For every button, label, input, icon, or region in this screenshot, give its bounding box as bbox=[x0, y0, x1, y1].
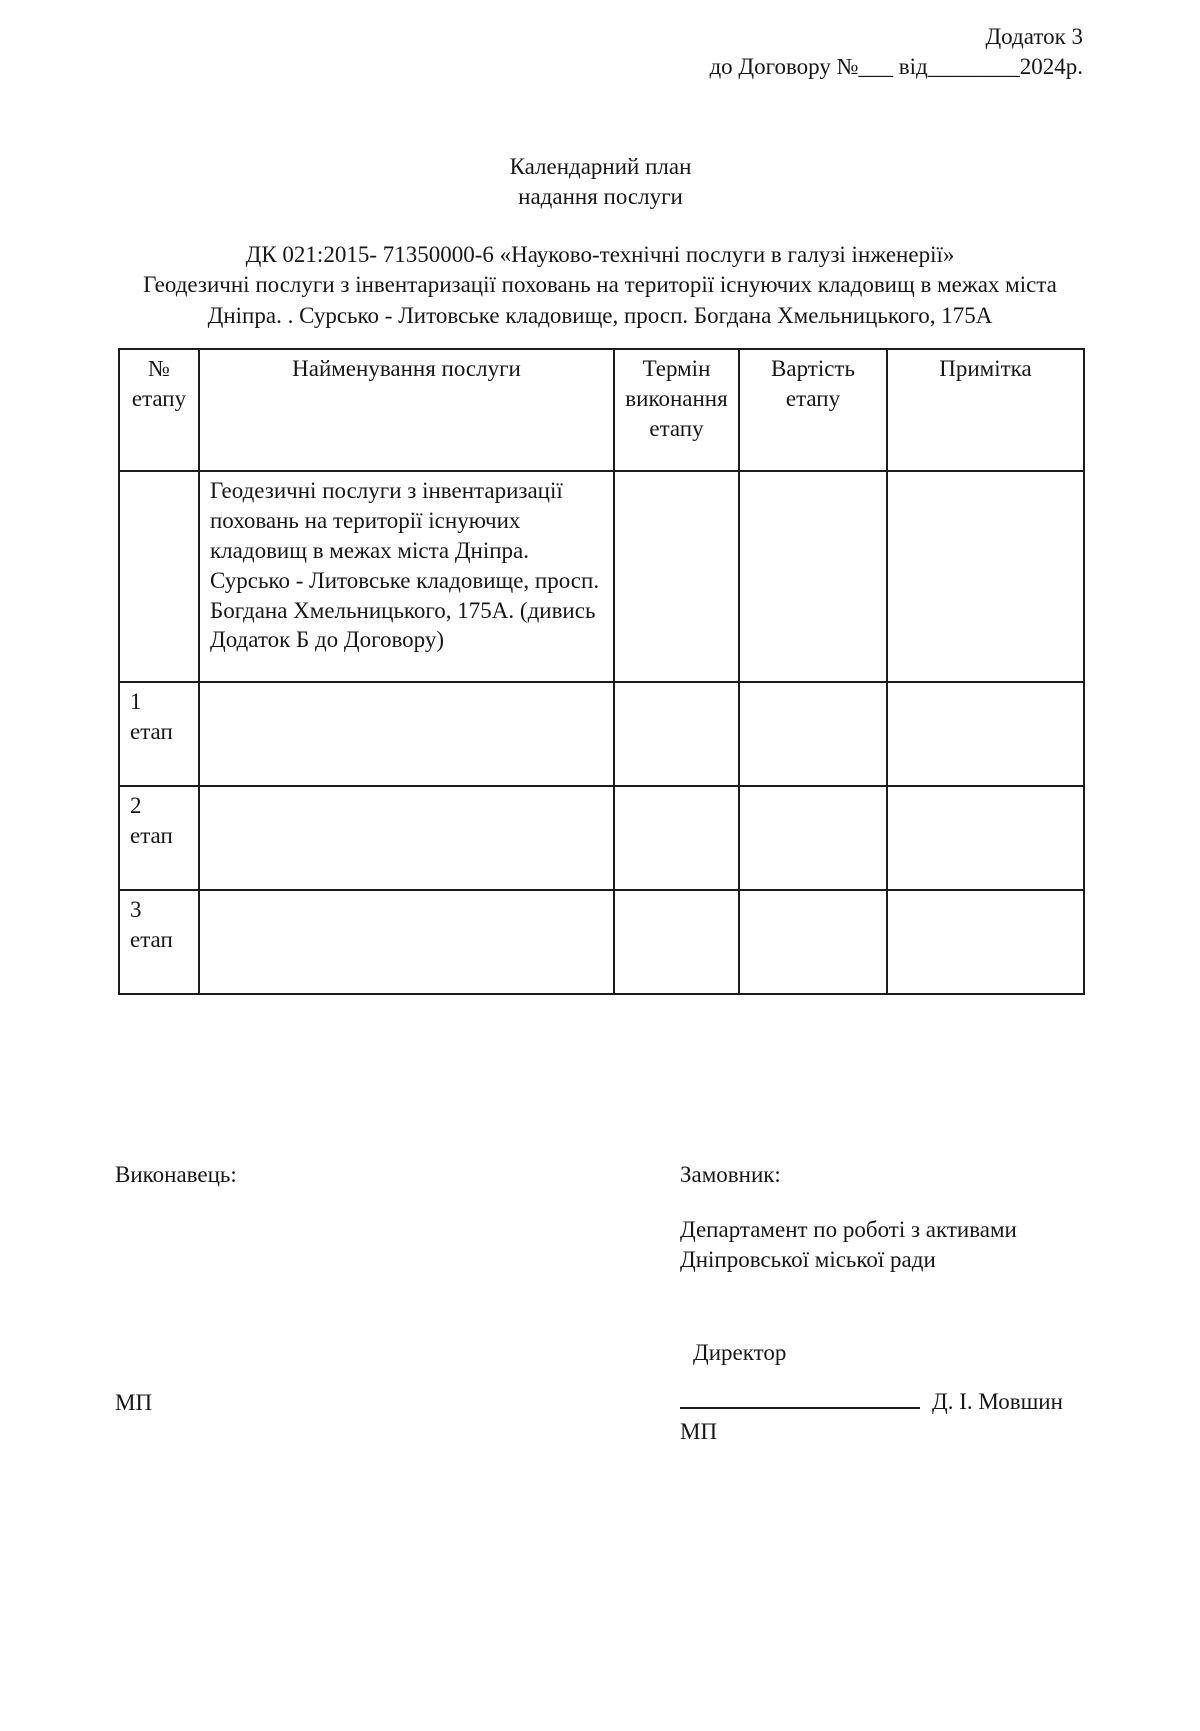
note-cell bbox=[887, 471, 1084, 682]
position-label: Директор bbox=[693, 1338, 786, 1368]
table-header-row: № етапу Найменування послуги Термін вико… bbox=[119, 349, 1084, 471]
table-row: 1 етап bbox=[119, 682, 1084, 786]
document-title: Календарний план надання послуги bbox=[118, 152, 1083, 213]
executor-label: Виконавець: bbox=[115, 1160, 237, 1190]
contract-reference-line: до Договору №___ від________2024р. bbox=[118, 52, 1083, 82]
header-cell-cost: Вартість етапу bbox=[739, 349, 887, 471]
note-cell bbox=[887, 786, 1084, 890]
subject-line-1: ДК 021:2015- 71350000-6 «Науково-технічн… bbox=[100, 240, 1100, 270]
customer-label: Замовник: bbox=[680, 1160, 781, 1190]
subject-line-3: Дніпра. . Сурсько - Литовське кладовище,… bbox=[100, 301, 1100, 331]
cost-cell bbox=[739, 682, 887, 786]
header-cell-term: Термін виконання етапу bbox=[614, 349, 739, 471]
note-cell bbox=[887, 890, 1084, 994]
cost-cell bbox=[739, 471, 887, 682]
service-cell bbox=[199, 890, 614, 994]
mp-stamp-left: МП bbox=[115, 1388, 152, 1418]
calendar-plan-table: № етапу Найменування послуги Термін вико… bbox=[118, 348, 1085, 995]
cost-cell bbox=[739, 890, 887, 994]
term-cell bbox=[614, 890, 739, 994]
customer-name-line-2: Дніпровської міської ради bbox=[680, 1247, 936, 1272]
title-line-2: надання послуги bbox=[118, 182, 1083, 212]
signature-section: Виконавець: Замовник: Департамент по роб… bbox=[115, 1155, 1085, 1495]
stage-cell: 3 етап bbox=[119, 890, 199, 994]
service-cell bbox=[199, 786, 614, 890]
term-cell bbox=[614, 786, 739, 890]
title-line-1: Календарний план bbox=[118, 152, 1083, 182]
signature-row: Д. І. Мовшин bbox=[680, 1383, 1063, 1417]
stage-cell bbox=[119, 471, 199, 682]
mp-stamp-right: МП bbox=[680, 1417, 717, 1447]
term-cell bbox=[614, 471, 739, 682]
signatory-name: Д. І. Мовшин bbox=[932, 1389, 1063, 1414]
header-cell-note: Примітка bbox=[887, 349, 1084, 471]
note-cell bbox=[887, 682, 1084, 786]
service-cell: Геодезичні послуги з інвентаризації похо… bbox=[199, 471, 614, 682]
table-row: Геодезичні послуги з інвентаризації похо… bbox=[119, 471, 1084, 682]
term-cell bbox=[614, 682, 739, 786]
appendix-block: Додаток 3 до Договору №___ від________20… bbox=[118, 22, 1083, 83]
table-row: 2 етап bbox=[119, 786, 1084, 890]
customer-name-line-1: Департамент по роботі з активами bbox=[680, 1217, 1017, 1242]
subject-line-2: Геодезичні послуги з інвентаризації похо… bbox=[100, 270, 1100, 300]
stage-cell: 1 етап bbox=[119, 682, 199, 786]
cost-cell bbox=[739, 786, 887, 890]
service-cell bbox=[199, 682, 614, 786]
appendix-label: Додаток 3 bbox=[118, 22, 1083, 52]
stage-cell: 2 етап bbox=[119, 786, 199, 890]
customer-name: Департамент по роботі з активами Дніпров… bbox=[680, 1215, 1098, 1276]
subject-paragraph: ДК 021:2015- 71350000-6 «Науково-технічн… bbox=[100, 240, 1100, 331]
header-cell-service: Найменування послуги bbox=[199, 349, 614, 471]
document-page: Додаток 3 до Договору №___ від________20… bbox=[0, 0, 1200, 1731]
signature-line bbox=[680, 1383, 920, 1409]
header-cell-stage: № етапу bbox=[119, 349, 199, 471]
table-row: 3 етап bbox=[119, 890, 1084, 994]
